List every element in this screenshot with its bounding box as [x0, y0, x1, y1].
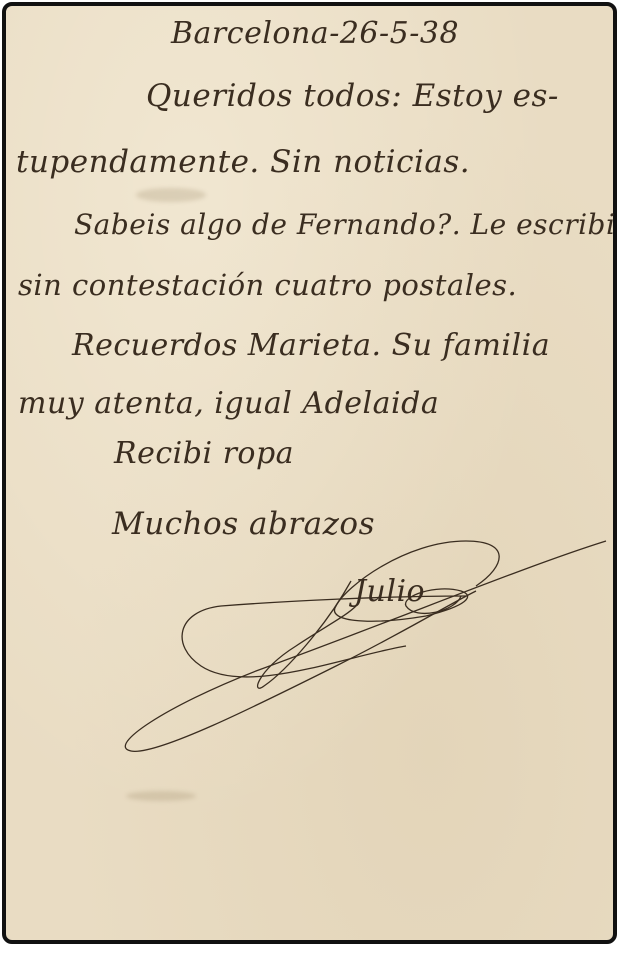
postcard: Barcelona-26-5-38 Queridos todos: Estoy … [2, 2, 617, 944]
signature-flourish [6, 6, 621, 948]
